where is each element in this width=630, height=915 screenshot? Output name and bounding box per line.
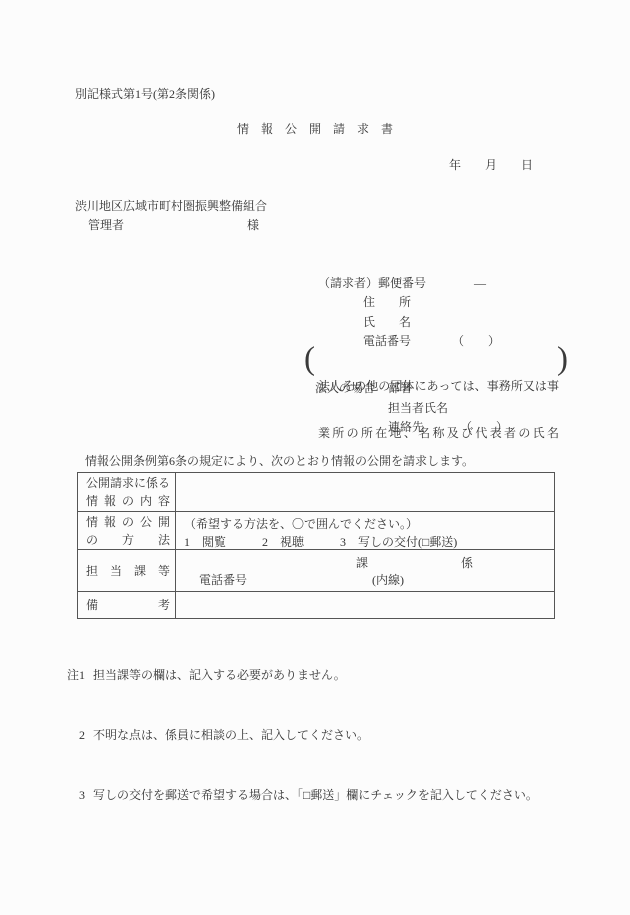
footnotes: 注1 担当課等の欄は、記入する必要がありません。 2 不明な点は、係員に相談の上… <box>60 625 538 845</box>
row2-label-line1: 情報の公開 <box>86 513 170 531</box>
addressee-honorific: 様 <box>247 217 259 233</box>
corp-note-right-paren: ) <box>557 342 568 376</box>
table-row-information-content: 公開請求に係る 情報の内容 <box>78 473 554 511</box>
document-title: 情報公開請求書 <box>0 121 630 137</box>
requester-phone-parens: （ ） <box>452 333 500 349</box>
row2-label-line2: の方法 <box>86 531 170 549</box>
form-number: 別記様式第1号(第2条関係) <box>75 86 215 102</box>
row2-label: 情報の公開 の方法 <box>78 512 176 549</box>
request-table: 公開請求に係る 情報の内容 情報の公開 の方法 （希望する方法を、〇で囲んでくだ… <box>77 472 555 619</box>
requester-postal-label: （請求者）郵便番号 <box>318 275 426 291</box>
row4-label: 備考 <box>78 592 176 618</box>
postal-code-dash: ― <box>474 275 486 291</box>
corp-person-label: 担当者氏名 <box>388 400 448 416</box>
corp-case-label: 法人の場合 <box>315 380 375 396</box>
row2-value-cell: （希望する方法を、〇で囲んでください。）1 閲覧 2 視聴 3 写しの交付(□郵… <box>176 512 554 549</box>
department-phone-label: 電話番号 <box>199 571 247 589</box>
corp-note-left-paren: ( <box>304 342 315 376</box>
row1-label-line1: 公開請求に係る <box>86 474 170 492</box>
department-ka-label: 課 <box>356 554 368 572</box>
row4-value-cell <box>176 592 554 618</box>
footnote-2: 2 不明な点は、係員に相談の上、記入してください。 <box>60 725 538 745</box>
requester-phone-label: 電話番号 <box>363 333 411 349</box>
corp-contact-label: 連絡先 <box>388 419 424 435</box>
footnote-2-number: 2 <box>60 725 85 745</box>
method-options: 1 閲覧 2 視聴 3 写しの交付(□郵送) <box>184 535 457 549</box>
table-row-disclosure-method: 情報の公開 の方法 （希望する方法を、〇で囲んでください。）1 閲覧 2 視聴 … <box>78 511 554 549</box>
row3-label-line1: 担当課等 <box>86 562 170 580</box>
requester-address-label: 住 所 <box>363 294 411 310</box>
department-kakari-label: 係 <box>461 554 473 572</box>
row4-label-line1: 備考 <box>86 596 170 614</box>
table-row-remarks: 備考 <box>78 591 554 618</box>
method-instruction: （希望する方法を、〇で囲んでください。） <box>184 517 418 531</box>
footnote-1-text: 担当課等の欄は、記入する必要がありません。 <box>93 665 346 685</box>
footnote-3: 3 写しの交付を郵送で希望する場合は、「□郵送」欄にチェックを記入してください。 <box>60 785 538 805</box>
row3-value-cell: 課 係 電話番号 (内線) <box>176 550 554 591</box>
row1-label: 公開請求に係る 情報の内容 <box>78 473 176 511</box>
row1-label-line2: 情報の内容 <box>86 492 170 510</box>
intro-sentence: 情報公開条例第6条の規定により、次のとおり情報の公開を請求します。 <box>85 453 474 469</box>
date-line: 年 月 日 <box>449 157 533 173</box>
footnote-2-text: 不明な点は、係員に相談の上、記入してください。 <box>93 725 369 745</box>
document-page: 別記様式第1号(第2条関係) 情報公開請求書 年 月 日 渋川地区広域市町村圏振… <box>0 0 630 915</box>
footnote-3-text: 写しの交付を郵送で希望する場合は、「□郵送」欄にチェックを記入してください。 <box>93 785 538 805</box>
addressee-role: 管理者 <box>88 217 124 233</box>
corp-contact-parens: （ ） <box>460 419 508 435</box>
footnote-1-number: 注1 <box>60 665 85 685</box>
organization-name: 渋川地区広域市町村圏振興整備組合 <box>75 198 267 214</box>
requester-name-label: 氏 名 <box>363 314 411 330</box>
row1-value-cell <box>176 473 554 511</box>
footnote-3-number: 3 <box>60 785 85 805</box>
corp-note-line2: 業所の所在地、名称及び代表者の氏名 <box>318 426 559 442</box>
department-extension-label: (内線) <box>372 571 404 589</box>
footnote-1: 注1 担当課等の欄は、記入する必要がありません。 <box>60 665 538 685</box>
corp-dept-label: 部署 <box>388 380 412 396</box>
table-row-department: 担当課等 課 係 電話番号 (内線) <box>78 549 554 591</box>
row3-label: 担当課等 <box>78 550 176 591</box>
